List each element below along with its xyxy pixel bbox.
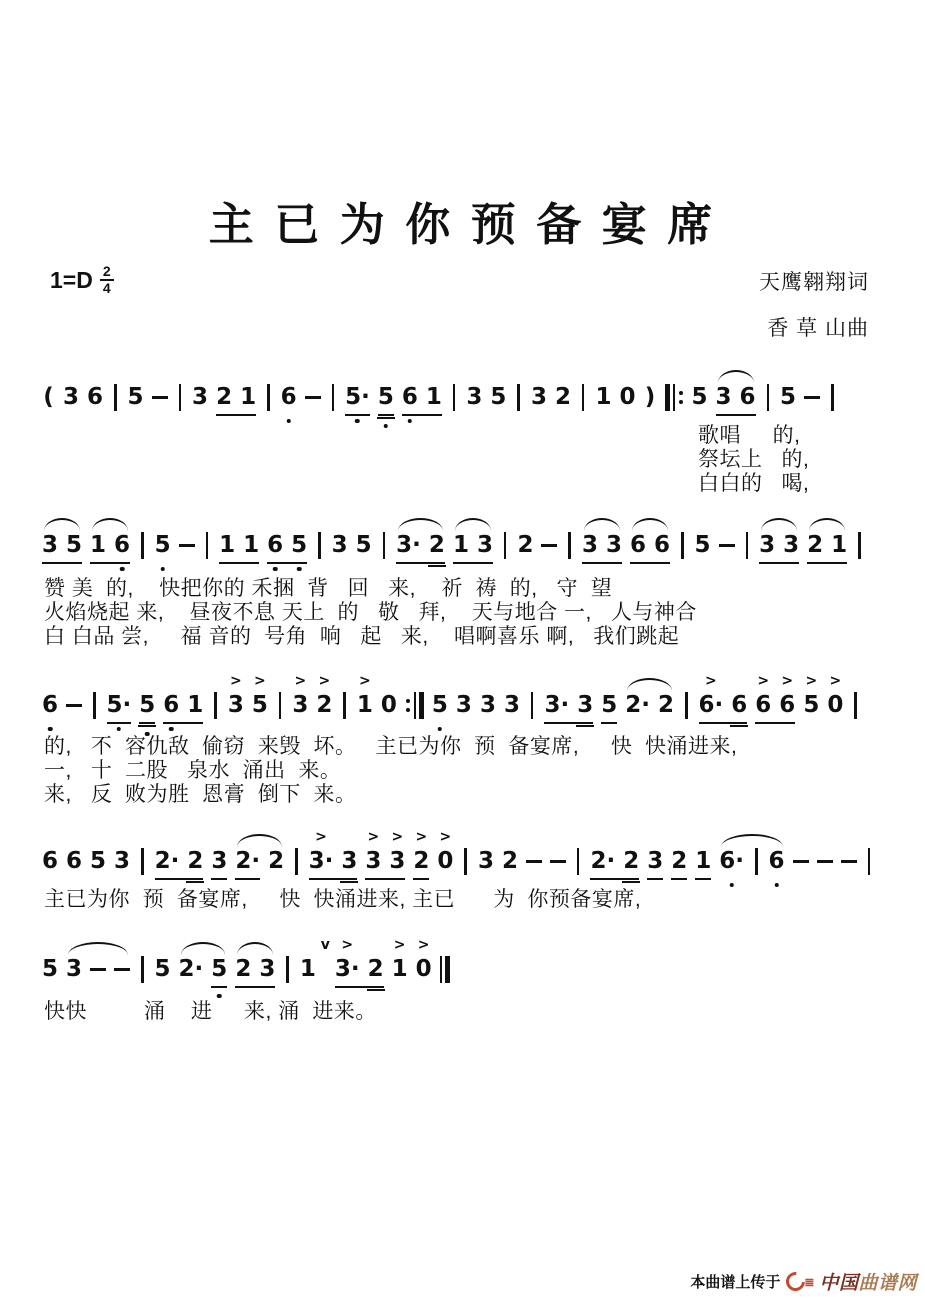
note: 3 [759, 532, 775, 559]
lyric-row: 快快 涌 进 来, 涌 进来。 [44, 1000, 377, 1024]
accent-mark: > [416, 830, 428, 844]
note: 5 [780, 384, 796, 411]
note: 3 [577, 692, 593, 719]
duration-dash [804, 396, 820, 399]
barline [517, 384, 520, 411]
song-title: 主 已 为 你 预 备 宴 席 [0, 188, 925, 253]
barline [453, 384, 456, 411]
beam-group: >6·6 [699, 692, 748, 724]
lyric-row: 火焰烧起 来, 昼夜不息 天上 的 敬 拜, 天与地合 一, 人与神合 [44, 601, 697, 625]
beam-group: 61 [402, 384, 442, 416]
note: 3 [480, 692, 496, 719]
footer: 本曲谱上传于 ≣ 中国曲谱网 [690, 1268, 917, 1295]
music-line: 5352·5231v>3·2>1>0 [42, 956, 450, 988]
barline [746, 532, 749, 559]
final-barline [440, 956, 450, 983]
slur-group: 2·2 [235, 848, 284, 880]
barline [681, 532, 684, 559]
note: 1 [426, 384, 442, 411]
note: 5 [378, 384, 394, 411]
note: 2· [179, 956, 204, 988]
note: 2 [517, 532, 533, 559]
duration-dash [179, 544, 195, 547]
composer-credit: 香 草 山曲 [767, 312, 869, 342]
beam-group: >3>3 [365, 848, 405, 880]
lyric-row: 来, 反 败为胜 恩膏 倒下 来。 [44, 783, 737, 807]
accent-mark: > [392, 830, 404, 844]
note: >0 [827, 692, 843, 719]
note: 3· [544, 692, 569, 719]
time-signature-denominator: 4 [103, 281, 111, 296]
note: 3 [647, 848, 663, 880]
time-signature-numerator: 2 [100, 264, 114, 281]
note: 3 [582, 532, 598, 559]
note: >3 [365, 848, 381, 875]
beam-group: 61 [163, 692, 203, 724]
note: 6 [267, 532, 283, 559]
note: 2 [216, 384, 232, 411]
note: 3 [477, 532, 493, 559]
accent-mark: > [359, 674, 371, 688]
note: 1 [300, 956, 316, 983]
barline [214, 692, 217, 719]
time-signature: 2 4 [100, 264, 114, 297]
duration-dash [305, 396, 321, 399]
note: 1 [695, 848, 711, 880]
beam-group: >3·3 [309, 848, 358, 880]
accent-mark: > [440, 830, 452, 844]
site-name-primary: 中国 [819, 1273, 858, 1294]
note: 6 [281, 384, 297, 411]
beam-group: 3·3 [544, 692, 593, 724]
barline [568, 532, 571, 559]
note: 6 [630, 532, 646, 559]
accent-mark: > [705, 674, 717, 688]
note: 1 [243, 532, 259, 559]
site-name: 中国曲谱网 [819, 1268, 917, 1295]
note: 3 [42, 532, 58, 559]
note: 5· [107, 692, 132, 719]
music-line: 66532·232·2>3·3>3>3>2>0322·23216·6 [42, 848, 873, 880]
note: >3· [335, 956, 360, 983]
duration-dash [841, 860, 857, 863]
beam-group: 2·2 [590, 848, 639, 880]
note: 6 [769, 848, 785, 875]
note: 3 [259, 956, 275, 983]
note: 6 [42, 848, 58, 875]
barline [531, 692, 534, 719]
music-line: 351651165353·2132336653321 [42, 532, 864, 564]
note: >0 [437, 848, 453, 875]
note: 2 [429, 532, 445, 559]
duration-dash [817, 860, 833, 863]
note: 2· [625, 692, 650, 719]
barline [318, 532, 321, 559]
note: >6 [779, 692, 795, 719]
lyricist-credit: 天鹰翱翔词 [759, 266, 869, 296]
barline [831, 384, 834, 411]
note: 1 [831, 532, 847, 559]
beam-group: 21 [216, 384, 256, 416]
accent-mark: > [230, 674, 242, 688]
note: 5 [139, 692, 155, 719]
slur-group: 3 [66, 956, 130, 983]
note: 2 [671, 848, 687, 880]
beam-group: 5 [378, 384, 394, 416]
note: 0 [381, 692, 397, 719]
accent-mark: > [829, 674, 841, 688]
note: 2· [155, 848, 180, 875]
beam-group: 65 [267, 532, 307, 564]
key-and-time-signature: 1=D 2 4 [50, 264, 114, 297]
barline [464, 848, 467, 875]
note: >5 [252, 692, 268, 719]
duration-dash [541, 544, 557, 547]
note: 6 [87, 384, 103, 411]
repeat-begin-sign [665, 384, 684, 411]
lyric-row: 白白的 喝, [698, 472, 809, 496]
note: 5 [291, 532, 307, 559]
note: 5 [155, 532, 171, 559]
note: 6· [719, 848, 744, 875]
lyric-block: 的, 不 容仇敌 偷窃 来毁 坏。 主已为你 预 备宴席, 快 快涌进来,一, … [44, 735, 737, 807]
key-signature: 1=D [50, 267, 93, 294]
note: 1 [453, 532, 469, 559]
note: 5 [692, 384, 708, 411]
beam-group: 2·2 [155, 848, 204, 880]
accent-mark: > [418, 938, 430, 952]
note: 3 [114, 848, 130, 875]
slur-group: 36 [716, 384, 756, 416]
note: 1 [219, 532, 235, 559]
note: >2 [413, 848, 429, 880]
lyric-row: 主已为你 预 备宴席, 快 快涌进来, 主已 为 你预备宴席, [44, 888, 641, 912]
lyric-row: 一, 十 二股 泉水 涌出 来。 [44, 759, 737, 783]
repeat-end-sign [405, 692, 424, 719]
note: 5 [695, 532, 711, 559]
barline [504, 532, 507, 559]
note: 3 [783, 532, 799, 559]
note: 5 [432, 692, 448, 719]
note: 2· [235, 848, 260, 880]
duration-dash [90, 968, 106, 971]
note: 2 [555, 384, 571, 411]
slur-group: 35 [42, 532, 82, 564]
accent-mark: > [805, 674, 817, 688]
site-logo-icon [783, 1268, 810, 1295]
note: 3 [716, 384, 732, 411]
note: 5 [601, 692, 617, 724]
site-logo-lines-icon: ≣ [804, 1275, 813, 1289]
slur-group: 66 [630, 532, 670, 564]
music-line: 65·561>3>5>3>2>1053333·352·2>6·6>6>6>5>0 [42, 692, 860, 724]
barline [854, 692, 857, 719]
note: 3 [341, 848, 357, 875]
barline [868, 848, 871, 875]
note: 3 [211, 848, 227, 880]
lyric-row: 赞 美 的, 快把你的 禾捆 背 回 来, 祈 祷 的, 守 望 [44, 577, 697, 601]
lyric-row: 歌唱 的, [698, 424, 809, 448]
barline [577, 848, 580, 875]
slur-group: 16 [90, 532, 130, 564]
lyric-row: 的, 不 容仇敌 偷窃 来毁 坏。 主已为你 预 备宴席, 快 快涌进来, [44, 735, 737, 759]
slur-group: 33 [582, 532, 622, 564]
slur-group: 21 [807, 532, 847, 564]
note: 6 [740, 384, 756, 411]
note: 2· [590, 848, 615, 875]
accent-mark: > [341, 938, 353, 952]
note: 2 [502, 848, 518, 875]
barline [755, 848, 758, 875]
slur-group: 23 [235, 956, 275, 988]
duration-dash [719, 544, 735, 547]
slur-group: 2·2 [625, 692, 674, 719]
beam-group: >6>6 [755, 692, 795, 724]
accent-mark: > [254, 674, 266, 688]
note: 2 [807, 532, 823, 559]
breath-mark-glyph: v [321, 938, 330, 952]
note: 2 [658, 692, 674, 719]
music-line: (36532165·561353210)5365 [42, 384, 837, 416]
note: >3 [292, 692, 308, 719]
beam-group: 5· [107, 692, 132, 724]
note: 5 [66, 532, 82, 559]
duration-dash [152, 396, 168, 399]
note: 2 [268, 848, 284, 880]
note: 3 [66, 956, 82, 983]
note: 0 [619, 384, 635, 411]
note: 5 [128, 384, 144, 411]
site-name-secondary: 曲谱网 [858, 1273, 917, 1294]
note: 5 [211, 956, 227, 988]
note: 5 [356, 532, 372, 559]
beam-group: 5 [139, 692, 155, 724]
note: 6 [731, 692, 747, 719]
note: 3· [396, 532, 421, 559]
note: >1 [392, 956, 408, 983]
note: 6 [42, 692, 58, 719]
duration-dash [793, 860, 809, 863]
note: 1 [90, 532, 106, 559]
duration-dash [526, 860, 542, 863]
accent-mark: > [315, 830, 327, 844]
beam-group: 5· [345, 384, 370, 416]
note: >3· [309, 848, 334, 875]
note: 1 [187, 692, 203, 719]
note: >2 [316, 692, 332, 719]
accent-mark: > [318, 674, 330, 688]
note: 6 [654, 532, 670, 559]
note: 3 [606, 532, 622, 559]
beam-group: >3·2 [335, 956, 384, 988]
note: 3 [531, 384, 547, 411]
slur-group: 33 [759, 532, 799, 564]
note: 2 [368, 956, 384, 983]
note: 3 [192, 384, 208, 411]
beam-group: 11 [219, 532, 259, 564]
duration-dash [550, 860, 566, 863]
lyric-block: 主已为你 预 备宴席, 快 快涌进来, 主已 为 你预备宴席, [44, 888, 641, 912]
barline [858, 532, 861, 559]
score-page: 主 已 为 你 预 备 宴 席 1=D 2 4 天鹰翱翔词 香 草 山曲 (36… [0, 0, 925, 1301]
duration-dash [114, 968, 130, 971]
accent-mark: > [394, 938, 406, 952]
note: ( [42, 384, 55, 411]
note: 5 [90, 848, 106, 875]
note: >6· [699, 692, 724, 719]
note: >1 [357, 692, 373, 719]
barline [206, 532, 209, 559]
note: 3 [456, 692, 472, 719]
note: 3 [478, 848, 494, 875]
note: >3 [389, 848, 405, 875]
accent-mark: > [757, 674, 769, 688]
note: 3 [466, 384, 482, 411]
accent-mark: > [294, 674, 306, 688]
barline [141, 532, 144, 559]
note: 1 [240, 384, 256, 411]
note: 5 [155, 956, 171, 983]
barline [93, 692, 96, 719]
note: >5 [803, 692, 819, 719]
barline [332, 384, 335, 411]
lyric-row: 祭坛上 的, [698, 448, 809, 472]
note: 6 [402, 384, 418, 411]
note: 6 [66, 848, 82, 875]
note: 5 [490, 384, 506, 411]
duration-dash [66, 704, 82, 707]
barline [141, 956, 144, 983]
note: >6 [755, 692, 771, 719]
note: >3 [228, 692, 244, 719]
barline [582, 384, 585, 411]
barline [685, 692, 688, 719]
note: >0 [416, 956, 432, 983]
barline [343, 692, 346, 719]
lyric-block: 快快 涌 进 来, 涌 进来。 [44, 1000, 377, 1024]
note: 6 [163, 692, 179, 719]
note: 3 [504, 692, 520, 719]
note: 5· [345, 384, 370, 411]
note: 6 [114, 532, 130, 559]
slur-group: 2·5 [179, 956, 228, 988]
barline [286, 956, 289, 983]
barline [295, 848, 298, 875]
barline [141, 848, 144, 875]
barline [179, 384, 182, 411]
note: 2 [235, 956, 251, 983]
barline [114, 384, 117, 411]
accent-mark: > [781, 674, 793, 688]
note: ) [644, 384, 657, 411]
note: 5 [42, 956, 58, 983]
lyric-block: 赞 美 的, 快把你的 禾捆 背 回 来, 祈 祷 的, 守 望火焰烧起 来, … [44, 577, 697, 649]
note: 3 [63, 384, 79, 411]
barline [267, 384, 270, 411]
barline [279, 692, 282, 719]
barline [383, 532, 386, 559]
slur-group: 13 [453, 532, 493, 564]
note: 1 [595, 384, 611, 411]
note: 2 [623, 848, 639, 875]
lyric-block: 歌唱 的,祭坛上 的,白白的 喝, [698, 424, 809, 496]
accent-mark: > [368, 830, 380, 844]
note: 2 [187, 848, 203, 875]
slur-group: 3·2 [396, 532, 445, 564]
barline [767, 384, 770, 411]
uploaded-by-text: 本曲谱上传于 [690, 1271, 780, 1292]
note: 3 [332, 532, 348, 559]
slur-group: 6·6 [719, 848, 784, 875]
lyric-row: 白 白品 尝, 福 音的 号角 响 起 来, 唱啊喜乐 啊, 我们跳起 [44, 625, 697, 649]
